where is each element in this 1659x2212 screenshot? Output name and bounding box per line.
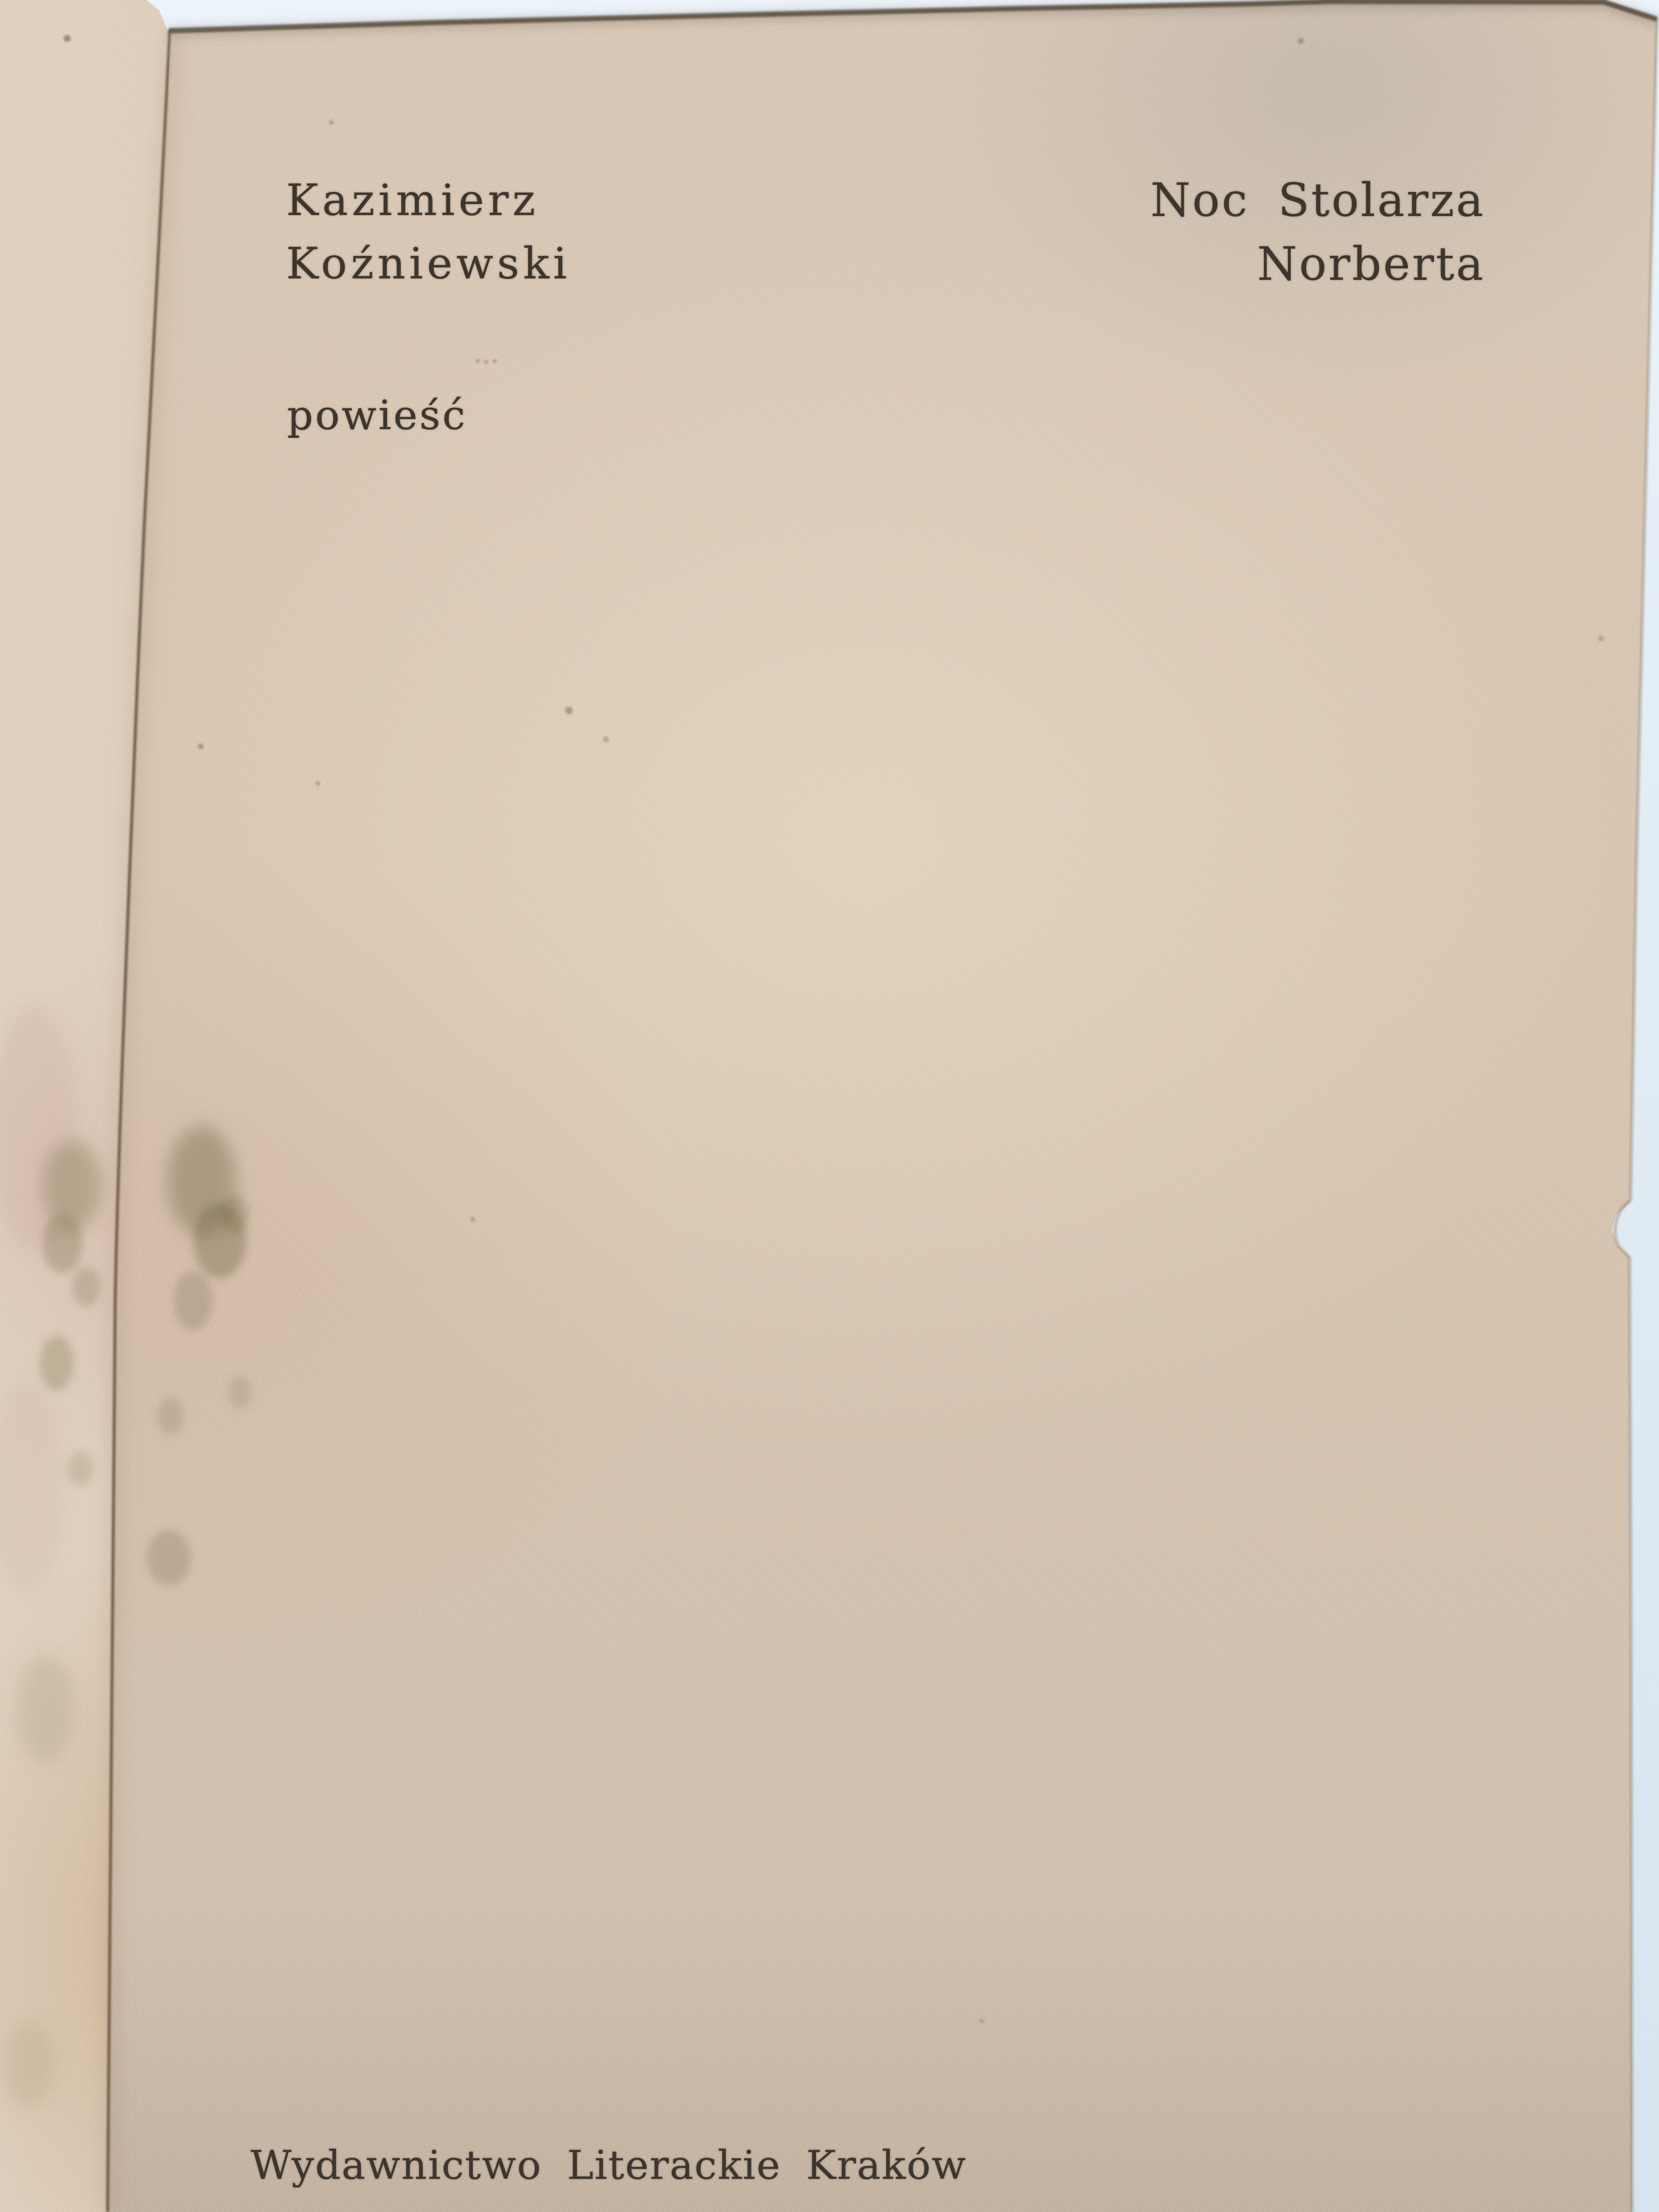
book-title: Noc Stolarza Norberta [1151,169,1485,297]
publisher-imprint: Wydawnictwo Literackie Kraków [251,2142,967,2188]
book-title-page-photo: Kazimierz Koźniewski Noc Stolarza Norber… [0,0,1659,2212]
title-line-1: Noc Stolarza [1151,169,1485,233]
title-page [0,0,1659,2212]
paper-texture [0,0,1659,2212]
author-name: Kazimierz Koźniewski [286,169,571,296]
author-first-name: Kazimierz [286,169,571,232]
genre-label: powieść [287,392,467,439]
title-line-2: Norberta [1151,233,1485,297]
author-last-name: Koźniewski [286,232,571,296]
